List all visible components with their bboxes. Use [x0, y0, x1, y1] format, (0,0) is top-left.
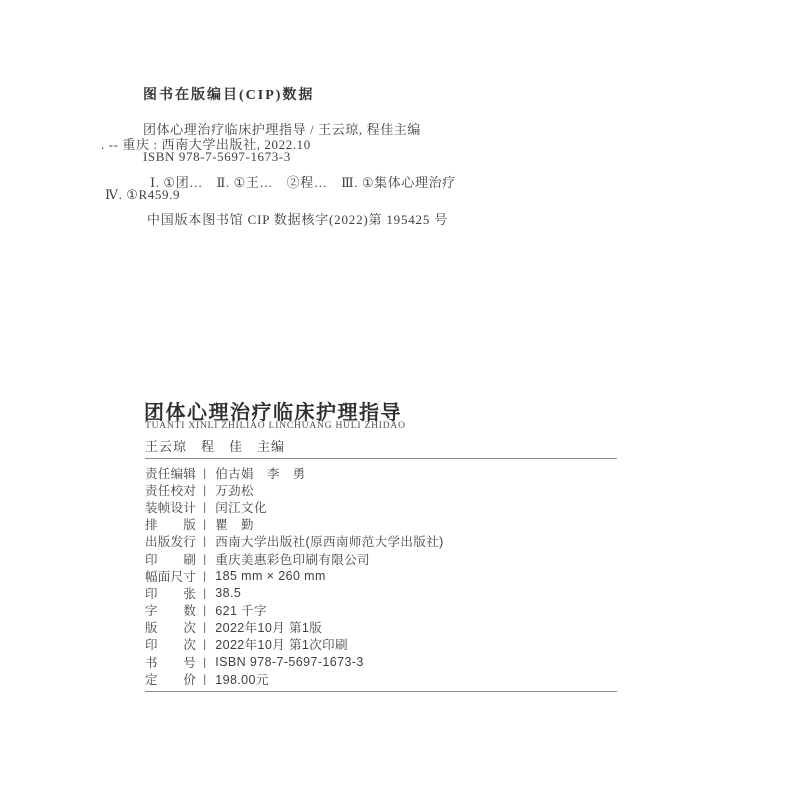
divider-top — [145, 458, 617, 459]
colophon-row: 责任编辑|伯古娟 李 勇 — [145, 464, 617, 481]
colophon-row-value: 闰江文化 — [215, 498, 267, 516]
cip-classification-line-2: Ⅳ. ①R459.9 — [105, 187, 180, 203]
colophon-row-separator: | — [203, 466, 206, 479]
colophon-row-value: 伯古娟 李 勇 — [215, 464, 305, 482]
colophon-row-value: 万劲松 — [215, 481, 254, 499]
colophon-row-label: 印 次 — [145, 635, 201, 653]
colophon-row: 排 版|瞿 勤 — [145, 516, 617, 533]
colophon-row-label: 版 次 — [145, 618, 201, 636]
colophon-row-separator: | — [203, 621, 206, 634]
colophon-row-separator: | — [203, 501, 206, 514]
colophon-row-separator: | — [203, 518, 206, 531]
colophon-row: 责任校对|万劲松 — [145, 481, 617, 498]
colophon-row-label: 书 号 — [145, 653, 201, 671]
colophon-row: 印 次|2022年10月 第1次印刷 — [145, 636, 617, 653]
colophon-row: 印 刷|重庆美惠彩色印刷有限公司 — [145, 550, 617, 567]
colophon-row-separator: | — [203, 552, 206, 565]
colophon-row-label: 印 张 — [145, 584, 201, 602]
divider-bottom — [145, 691, 617, 692]
colophon-row-value: 621 千字 — [215, 601, 267, 619]
colophon-row-label: 出版发行 — [145, 532, 201, 550]
book-copyright-page: 图书在版编目(CIP)数据 团体心理治疗临床护理指导 / 王云琼, 程佳主编 .… — [0, 0, 800, 800]
cip-heading: 图书在版编目(CIP)数据 — [143, 84, 314, 104]
colophon-row: 装帧设计|闰江文化 — [145, 498, 617, 515]
colophon-row: 定 价|198.00元 — [145, 670, 617, 687]
colophon-row-separator: | — [203, 638, 206, 651]
colophon-row-value: 2022年10月 第1次印刷 — [215, 635, 348, 653]
colophon-row: 出版发行|西南大学出版社(原西南师范大学出版社) — [145, 533, 617, 550]
colophon-row-label: 责任校对 — [145, 481, 201, 499]
colophon-row-value: 重庆美惠彩色印刷有限公司 — [215, 550, 370, 568]
cip-record-isbn-line: ISBN 978-7-5697-1673-3 — [143, 149, 291, 165]
colophon-row-label: 排 版 — [145, 515, 201, 533]
colophon-row-separator: | — [203, 673, 206, 686]
colophon-row-label: 印 刷 — [145, 550, 201, 568]
book-title-pinyin: TUANTI XINLI ZHILIAO LINCHUANG HULI ZHID… — [145, 421, 406, 431]
colophon-row-separator: | — [203, 535, 206, 548]
colophon-row-value: 198.00元 — [215, 670, 269, 688]
colophon-row-label: 定 价 — [145, 670, 201, 688]
colophon-row-separator: | — [203, 587, 206, 600]
colophon-row-label: 责任编辑 — [145, 464, 201, 482]
book-editors: 王云琼 程 佳 主编 — [145, 436, 285, 455]
colophon-row: 幅面尺寸|185 mm × 260 mm — [145, 567, 617, 584]
colophon-row-value: ISBN 978-7-5697-1673-3 — [215, 655, 363, 669]
colophon-row-value: 38.5 — [215, 586, 241, 600]
colophon-row-separator: | — [203, 604, 206, 617]
colophon-row-separator: | — [203, 483, 206, 496]
colophon-row-label: 幅面尺寸 — [145, 567, 201, 585]
colophon-row: 印 张|38.5 — [145, 584, 617, 601]
colophon-row-value: 瞿 勤 — [215, 515, 254, 533]
colophon-list: 责任编辑|伯古娟 李 勇责任校对|万劲松装帧设计|闰江文化排 版|瞿 勤出版发行… — [145, 464, 617, 687]
colophon-row: 版 次|2022年10月 第1版 — [145, 619, 617, 636]
colophon-row-value: 西南大学出版社(原西南师范大学出版社) — [215, 532, 443, 550]
colophon-row-separator: | — [203, 569, 206, 582]
colophon-row: 书 号|ISBN 978-7-5697-1673-3 — [145, 653, 617, 670]
cip-registry-notice: 中国版本图书馆 CIP 数据核字(2022)第 195425 号 — [147, 209, 448, 228]
cip-classification-line-1: Ⅰ. ①团… Ⅱ. ①王… ②程… Ⅲ. ①集体心理治疗 — [150, 172, 456, 191]
colophon-row-value: 185 mm × 260 mm — [215, 569, 326, 583]
colophon-row-label: 装帧设计 — [145, 498, 201, 516]
colophon-row-label: 字 数 — [145, 601, 201, 619]
colophon-row-separator: | — [203, 655, 206, 668]
colophon-row-value: 2022年10月 第1版 — [215, 618, 322, 636]
colophon-row: 字 数|621 千字 — [145, 602, 617, 619]
